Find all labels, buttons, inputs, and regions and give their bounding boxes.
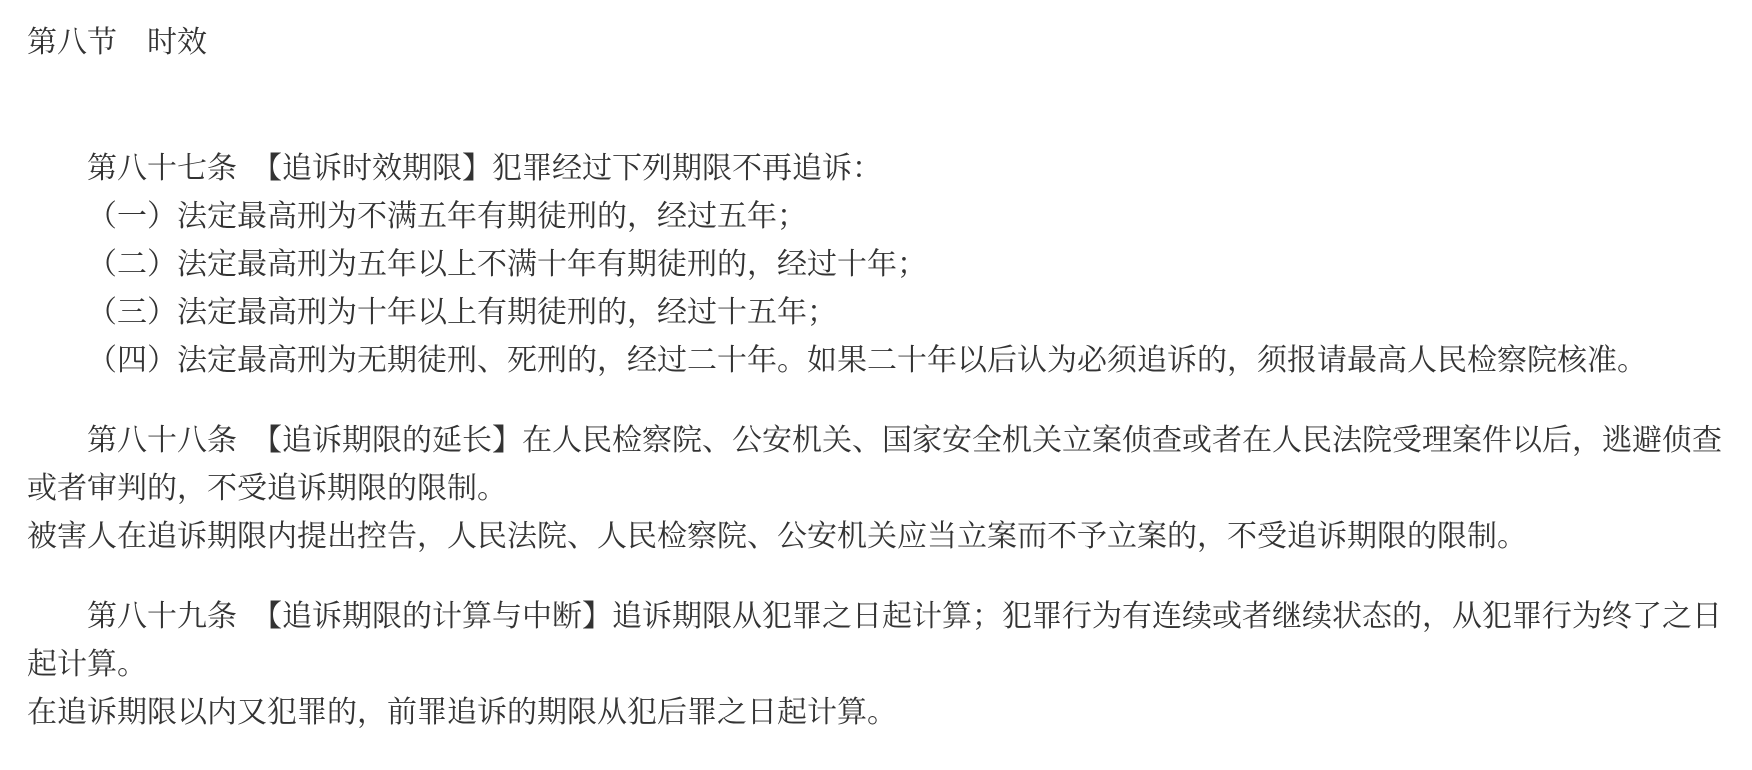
text-line: （一）法定最高刑为不满五年有期徒刑的，经过五年；	[27, 193, 1725, 241]
text-line: 被害人在追诉期限内提出控告，人民法院、人民检察院、公安机关应当立案而不予立案的，…	[27, 513, 1725, 561]
text-line: （四）法定最高刑为无期徒刑、死刑的，经过二十年。如果二十年以后认为必须追诉的，须…	[27, 337, 1725, 385]
article-89: 第八十九条 【追诉期限的计算与中断】追诉期限从犯罪之日起计算；犯罪行为有连续或者…	[27, 593, 1725, 737]
article-88: 第八十八条 【追诉期限的延长】在人民检察院、公安机关、国家安全机关立案侦查或者在…	[27, 417, 1725, 561]
text-line: 起计算。	[27, 641, 1725, 689]
text-line: （三）法定最高刑为十年以上有期徒刑的，经过十五年；	[27, 289, 1725, 337]
article-87: 第八十七条 【追诉时效期限】犯罪经过下列期限不再追诉： （一）法定最高刑为不满五…	[27, 145, 1725, 385]
text-line: 或者审判的，不受追诉期限的限制。	[27, 465, 1725, 513]
section-heading: 第八节 时效	[27, 19, 1725, 67]
text-line: 第八十八条 【追诉期限的延长】在人民检察院、公安机关、国家安全机关立案侦查或者在…	[27, 417, 1725, 465]
text-line: 第八十九条 【追诉期限的计算与中断】追诉期限从犯罪之日起计算；犯罪行为有连续或者…	[27, 593, 1725, 641]
text-line: （二）法定最高刑为五年以上不满十年有期徒刑的，经过十年；	[27, 241, 1725, 289]
text-line: 在追诉期限以内又犯罪的，前罪追诉的期限从犯后罪之日起计算。	[27, 689, 1725, 737]
text-line: 第八十七条 【追诉时效期限】犯罪经过下列期限不再追诉：	[27, 145, 1725, 193]
